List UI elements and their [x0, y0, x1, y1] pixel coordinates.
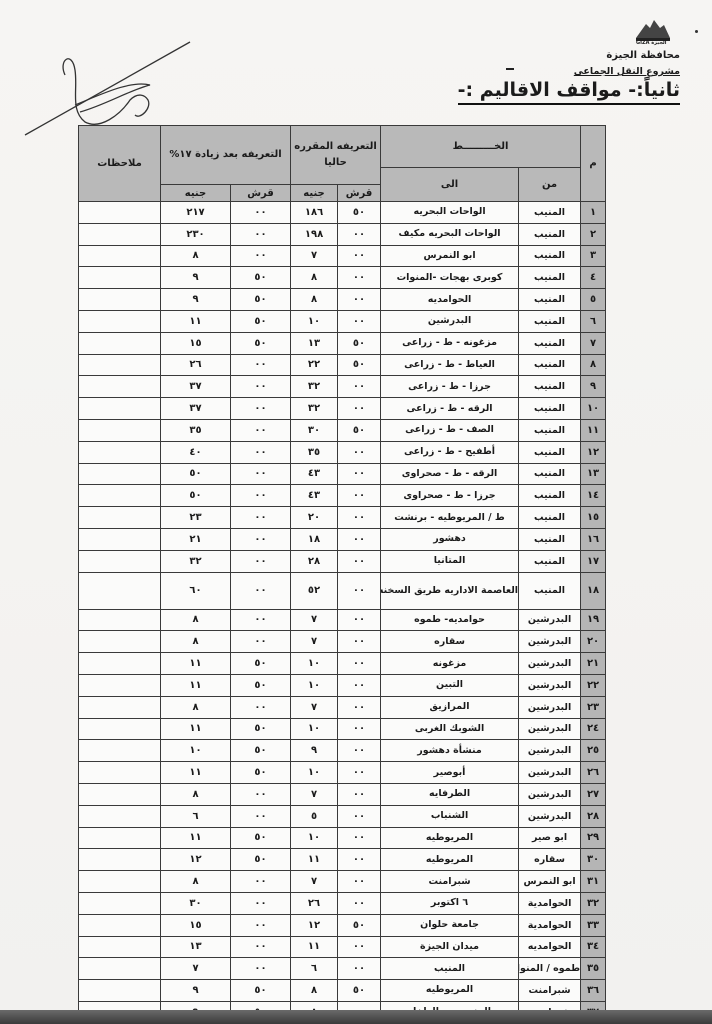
col-current-fare-header: التعريفه المقرره حاليا — [291, 126, 381, 185]
row-current-piasters: ٠٠ — [338, 528, 381, 550]
row-current-piasters: ٠٠ — [338, 463, 381, 485]
row-to: الرقه - ط - زراعى — [381, 398, 519, 420]
row-to: جامعة حلوان — [381, 914, 519, 936]
row-new-piasters: ٠٠ — [231, 805, 291, 827]
row-notes — [79, 528, 161, 550]
row-new-pounds: ٢٣٠ — [161, 223, 231, 245]
row-to: كوبرى بهجات -المنوات — [381, 267, 519, 289]
row-new-pounds: ٢١ — [161, 528, 231, 550]
row-current-piasters: ٠٠ — [338, 441, 381, 463]
row-new-piasters: ٠٠ — [231, 223, 291, 245]
row-current-piasters: ٠٠ — [338, 936, 381, 958]
row-new-piasters: ٠٠ — [231, 958, 291, 980]
row-to: المنيب — [381, 958, 519, 980]
row-new-pounds: ٨ — [161, 631, 231, 653]
row-index: ٣ — [581, 245, 606, 267]
table-row: ٣١ابو النمرسشبرامنت٠٠٧٠٠٨ — [79, 871, 606, 893]
row-new-pounds: ٨ — [161, 245, 231, 267]
row-from: الحوامديه — [519, 936, 581, 958]
row-notes — [79, 718, 161, 740]
row-new-piasters: ٥٠ — [231, 762, 291, 784]
row-index: ٣٣ — [581, 914, 606, 936]
row-new-pounds: ٢٣ — [161, 507, 231, 529]
row-current-pounds: ٣٥ — [291, 441, 338, 463]
row-new-piasters: ٠٠ — [231, 914, 291, 936]
row-from: المنيب — [519, 550, 581, 572]
row-current-piasters: ٠٠ — [338, 871, 381, 893]
row-new-pounds: ١٢ — [161, 849, 231, 871]
row-to: الحوامديه — [381, 289, 519, 311]
row-notes — [79, 653, 161, 675]
row-current-piasters: ٠٠ — [338, 376, 381, 398]
row-from: البدرشين — [519, 762, 581, 784]
row-current-piasters: ٠٠ — [338, 740, 381, 762]
table-row: ٣٦شبرامنتالمريوطيه٥٠٨٥٠٩ — [79, 980, 606, 1002]
table-row: ١٣المنيبالرقه - ط - صحراوى٠٠٤٣٠٠٥٠ — [79, 463, 606, 485]
row-from: المنيب — [519, 419, 581, 441]
row-index: ٨ — [581, 354, 606, 376]
row-index: ١١ — [581, 419, 606, 441]
row-to: المرازيق — [381, 696, 519, 718]
row-index: ١٠ — [581, 398, 606, 420]
row-to: مزغونه — [381, 653, 519, 675]
row-from: البدرشين — [519, 653, 581, 675]
row-new-piasters: ٥٠ — [231, 289, 291, 311]
row-to: العياط - ط - زراعى — [381, 354, 519, 376]
row-from: المنيب — [519, 507, 581, 529]
row-new-piasters: ٠٠ — [231, 485, 291, 507]
row-notes — [79, 572, 161, 609]
table-row: ١٢المنيبأطفيح - ط - زراعى٠٠٣٥٠٠٤٠ — [79, 441, 606, 463]
row-from: البدرشين — [519, 696, 581, 718]
row-current-pounds: ١٠ — [291, 674, 338, 696]
row-notes — [79, 958, 161, 980]
col-current-pounds-header: جنيه — [291, 185, 338, 202]
row-current-pounds: ١٨٦ — [291, 202, 338, 224]
table-row: ١٤المنيبجرزا - ط - صحراوى٠٠٤٣٠٠٥٠ — [79, 485, 606, 507]
row-index: ٥ — [581, 289, 606, 311]
row-from: البدرشين — [519, 609, 581, 631]
row-new-piasters: ٠٠ — [231, 202, 291, 224]
row-index: ٩ — [581, 376, 606, 398]
row-new-pounds: ٨ — [161, 696, 231, 718]
row-notes — [79, 202, 161, 224]
row-new-piasters: ٠٠ — [231, 507, 291, 529]
row-notes — [79, 871, 161, 893]
row-to: الواحات البحريه مكيف — [381, 223, 519, 245]
row-notes — [79, 783, 161, 805]
row-to: الشنباب — [381, 805, 519, 827]
row-notes — [79, 398, 161, 420]
row-to: جرزا - ط - زراعى — [381, 376, 519, 398]
row-index: ٢٥ — [581, 740, 606, 762]
row-new-pounds: ١١ — [161, 653, 231, 675]
row-current-piasters: ٠٠ — [338, 653, 381, 675]
row-current-piasters: ٥٠ — [338, 332, 381, 354]
row-from: المنيب — [519, 223, 581, 245]
col-from-header: من — [519, 168, 581, 202]
table-row: ٣٠سقارهالمريوطيه٠٠١١٥٠١٢ — [79, 849, 606, 871]
row-current-pounds: ٥ — [291, 805, 338, 827]
table-row: ٢٥البدرشينمنشأة دهشور٠٠٩٥٠١٠ — [79, 740, 606, 762]
row-current-piasters: ٠٠ — [338, 609, 381, 631]
row-index: ٣٥ — [581, 958, 606, 980]
row-new-pounds: ٩ — [161, 267, 231, 289]
row-index: ٢٨ — [581, 805, 606, 827]
row-current-pounds: ١١ — [291, 849, 338, 871]
col-new-piasters-header: قرش — [231, 185, 291, 202]
row-index: ١٨ — [581, 572, 606, 609]
row-from: المنيب — [519, 289, 581, 311]
row-current-piasters: ٠٠ — [338, 805, 381, 827]
table-row: ٢٤البدرشينالشوبك الغربى٠٠١٠٥٠١١ — [79, 718, 606, 740]
row-from: البدرشين — [519, 805, 581, 827]
row-index: ٢٢ — [581, 674, 606, 696]
table-row: ١٥المنيبط / المريوطيه - برنشت٠٠٢٠٠٠٢٣ — [79, 507, 606, 529]
row-current-pounds: ٢٢ — [291, 354, 338, 376]
row-notes — [79, 740, 161, 762]
col-index-header: م — [581, 126, 606, 202]
row-current-piasters: ٠٠ — [338, 398, 381, 420]
table-row: ١١المنيبالصف - ط - زراعى٥٠٣٠٠٠٣٥ — [79, 419, 606, 441]
row-new-piasters: ٠٠ — [231, 419, 291, 441]
row-current-pounds: ٤٣ — [291, 463, 338, 485]
row-current-pounds: ٧ — [291, 783, 338, 805]
row-new-piasters: ٥٠ — [231, 310, 291, 332]
row-to: شبرامنت — [381, 871, 519, 893]
row-notes — [79, 849, 161, 871]
row-new-pounds: ٣٢ — [161, 550, 231, 572]
table-row: ٢٠البدرشينسقاره٠٠٧٠٠٨ — [79, 631, 606, 653]
row-new-pounds: ١٠ — [161, 740, 231, 762]
row-from: المنيب — [519, 572, 581, 609]
row-current-pounds: ٨ — [291, 980, 338, 1002]
row-new-pounds: ٩ — [161, 980, 231, 1002]
row-notes — [79, 936, 161, 958]
row-new-piasters: ٠٠ — [231, 376, 291, 398]
row-current-pounds: ٢٠ — [291, 507, 338, 529]
row-index: ٤ — [581, 267, 606, 289]
table-row: ١٧المنيبالمتانيا٠٠٢٨٠٠٣٢ — [79, 550, 606, 572]
row-new-pounds: ٦٠ — [161, 572, 231, 609]
row-new-piasters: ٠٠ — [231, 783, 291, 805]
row-current-pounds: ٧ — [291, 871, 338, 893]
row-new-pounds: ٢١٧ — [161, 202, 231, 224]
row-notes — [79, 892, 161, 914]
row-notes — [79, 441, 161, 463]
row-new-piasters: ٠٠ — [231, 398, 291, 420]
row-current-piasters: ٠٠ — [338, 550, 381, 572]
row-notes — [79, 674, 161, 696]
table-row: ١٦المنيبدهشور٠٠١٨٠٠٢١ — [79, 528, 606, 550]
row-to: الطرفايه — [381, 783, 519, 805]
row-from: البدرشين — [519, 631, 581, 653]
table-row: ٢١البدرشينمزغونه٠٠١٠٥٠١١ — [79, 653, 606, 675]
row-current-piasters: ٠٠ — [338, 696, 381, 718]
row-index: ٢ — [581, 223, 606, 245]
row-from: المنيب — [519, 202, 581, 224]
row-current-piasters: ٠٠ — [338, 245, 381, 267]
col-line-header: الخـــــــــط — [381, 126, 581, 168]
row-to: المتانيا — [381, 550, 519, 572]
table-row: ٣٥طموه / المنواتالمنيب٠٠٦٠٠٧ — [79, 958, 606, 980]
table-row: ١٨المنيبالعاصمة الاداريه طريق السخنه٠٠٥٢… — [79, 572, 606, 609]
row-index: ٣٢ — [581, 892, 606, 914]
row-new-pounds: ٣٥ — [161, 419, 231, 441]
row-index: ١٢ — [581, 441, 606, 463]
row-from: المنيب — [519, 441, 581, 463]
table-row: ٢٢البدرشينالتبين٠٠١٠٥٠١١ — [79, 674, 606, 696]
row-index: ١٧ — [581, 550, 606, 572]
row-from: شبرامنت — [519, 980, 581, 1002]
row-new-pounds: ١٣ — [161, 936, 231, 958]
row-to: جرزا - ط - صحراوى — [381, 485, 519, 507]
row-from: البدرشين — [519, 783, 581, 805]
table-row: ٢٩ابو صيرالمريوطيه٠٠١٠٥٠١١ — [79, 827, 606, 849]
row-current-pounds: ٧ — [291, 631, 338, 653]
row-current-pounds: ٨ — [291, 289, 338, 311]
row-new-pounds: ١١ — [161, 718, 231, 740]
signature-icon — [20, 30, 200, 140]
row-current-piasters: ٥٠ — [338, 419, 381, 441]
row-to: التبين — [381, 674, 519, 696]
row-from: سقاره — [519, 849, 581, 871]
row-new-piasters: ٠٠ — [231, 892, 291, 914]
fares-table-body: ١المنيبالواحات البحريه٥٠١٨٦٠٠٢١٧٢المنيبا… — [79, 202, 606, 1024]
row-current-pounds: ٣٢ — [291, 398, 338, 420]
row-from: الحوامدية — [519, 914, 581, 936]
row-new-piasters: ٠٠ — [231, 572, 291, 609]
row-index: ١٤ — [581, 485, 606, 507]
row-new-pounds: ٣٠ — [161, 892, 231, 914]
table-row: ٦المنيبالبدرشين٠٠١٠٥٠١١ — [79, 310, 606, 332]
row-current-piasters: ٠٠ — [338, 507, 381, 529]
row-from: المنيب — [519, 354, 581, 376]
governorate-name: محافظة الجيزة — [606, 50, 680, 61]
row-notes — [79, 289, 161, 311]
row-new-pounds: ٨ — [161, 783, 231, 805]
row-notes — [79, 762, 161, 784]
row-new-pounds: ٨ — [161, 609, 231, 631]
row-new-pounds: ٦ — [161, 805, 231, 827]
table-row: ٣٣الحوامديةجامعة حلوان٥٠١٢٠٠١٥ — [79, 914, 606, 936]
row-new-piasters: ٥٠ — [231, 740, 291, 762]
row-new-pounds: ١١ — [161, 674, 231, 696]
row-index: ١٦ — [581, 528, 606, 550]
row-new-pounds: ٧ — [161, 958, 231, 980]
table-row: ٨المنيبالعياط - ط - زراعى٥٠٢٢٠٠٢٦ — [79, 354, 606, 376]
row-current-pounds: ٥٢ — [291, 572, 338, 609]
col-new-fare-header: التعريفه بعد زيادة ١٧% — [161, 126, 291, 185]
row-to: أبوصير — [381, 762, 519, 784]
fares-table: م الخـــــــــط التعريفه المقرره حاليا ا… — [78, 125, 606, 1024]
row-current-pounds: ١١ — [291, 936, 338, 958]
row-new-pounds: ٩ — [161, 289, 231, 311]
table-row: ٣المنيبابو النمرس٠٠٧٠٠٨ — [79, 245, 606, 267]
row-new-piasters: ٠٠ — [231, 463, 291, 485]
row-current-piasters: ٠٠ — [338, 783, 381, 805]
row-to: مزغونه - ط - زراعى — [381, 332, 519, 354]
table-row: ١٩البدرشينحوامديه- طموه٠٠٧٠٠٨ — [79, 609, 606, 631]
row-new-pounds: ١٥ — [161, 332, 231, 354]
row-to: ٦ اكتوبر — [381, 892, 519, 914]
row-current-pounds: ٣٢ — [291, 376, 338, 398]
row-current-pounds: ٧ — [291, 696, 338, 718]
row-index: ١٩ — [581, 609, 606, 631]
row-index: ٣٦ — [581, 980, 606, 1002]
row-to: ابو النمرس — [381, 245, 519, 267]
row-to: ميدان الجيزة — [381, 936, 519, 958]
table-row: ٣٢الحوامدية٦ اكتوبر٠٠٢٦٠٠٣٠ — [79, 892, 606, 914]
row-new-piasters: ٥٠ — [231, 653, 291, 675]
row-new-pounds: ٥٠ — [161, 485, 231, 507]
row-index: ٢٠ — [581, 631, 606, 653]
row-new-pounds: ٣٧ — [161, 398, 231, 420]
table-row: ١٠المنيبالرقه - ط - زراعى٠٠٣٢٠٠٣٧ — [79, 398, 606, 420]
row-current-piasters: ٠٠ — [338, 958, 381, 980]
row-from: المنيب — [519, 332, 581, 354]
row-from: المنيب — [519, 528, 581, 550]
row-current-piasters: ٠٠ — [338, 572, 381, 609]
row-notes — [79, 376, 161, 398]
row-notes — [79, 609, 161, 631]
row-current-piasters: ٠٠ — [338, 892, 381, 914]
row-current-pounds: ١٩٨ — [291, 223, 338, 245]
row-new-pounds: ٨ — [161, 871, 231, 893]
row-to: العاصمة الاداريه طريق السخنه — [381, 572, 519, 609]
project-name: مشروع النقل الجماعى — [574, 66, 680, 77]
row-to: البدرشين — [381, 310, 519, 332]
row-from: المنيب — [519, 463, 581, 485]
row-current-pounds: ٢٦ — [291, 892, 338, 914]
table-row: ٧المنيبمزغونه - ط - زراعى٥٠١٣٥٠١٥ — [79, 332, 606, 354]
row-from: المنيب — [519, 376, 581, 398]
row-current-pounds: ١٠ — [291, 718, 338, 740]
row-index: ٧ — [581, 332, 606, 354]
row-index: ٣١ — [581, 871, 606, 893]
row-from: المنيب — [519, 310, 581, 332]
row-to: المريوطيه — [381, 827, 519, 849]
row-index: ٢٤ — [581, 718, 606, 740]
row-current-pounds: ١٠ — [291, 310, 338, 332]
row-new-piasters: ٠٠ — [231, 245, 291, 267]
table-row: ٤المنيبكوبرى بهجات -المنوات٠٠٨٥٠٩ — [79, 267, 606, 289]
table-row: ٥المنيبالحوامديه٠٠٨٥٠٩ — [79, 289, 606, 311]
row-current-piasters: ٠٠ — [338, 674, 381, 696]
row-index: ٢٣ — [581, 696, 606, 718]
row-index: ١٣ — [581, 463, 606, 485]
row-new-piasters: ٥٠ — [231, 332, 291, 354]
col-to-header: الى — [381, 168, 519, 202]
row-new-pounds: ٤٠ — [161, 441, 231, 463]
row-index: ٢٦ — [581, 762, 606, 784]
row-new-pounds: ٣٧ — [161, 376, 231, 398]
row-from: ابو النمرس — [519, 871, 581, 893]
row-index: ٦ — [581, 310, 606, 332]
row-notes — [79, 310, 161, 332]
row-to: ط / المريوطيه - برنشت — [381, 507, 519, 529]
row-current-pounds: ٧ — [291, 245, 338, 267]
row-new-piasters: ٥٠ — [231, 267, 291, 289]
dash-mark — [506, 68, 514, 70]
row-current-piasters: ٠٠ — [338, 223, 381, 245]
row-notes — [79, 267, 161, 289]
row-current-piasters: ٥٠ — [338, 980, 381, 1002]
row-current-piasters: ٥٠ — [338, 202, 381, 224]
table-row: ٢المنيبالواحات البحريه مكيف٠٠١٩٨٠٠٢٣٠ — [79, 223, 606, 245]
row-current-piasters: ٥٠ — [338, 354, 381, 376]
row-to: المريوطيه — [381, 980, 519, 1002]
row-from: المنيب — [519, 398, 581, 420]
row-from: البدرشين — [519, 740, 581, 762]
document-page: الجيزة GIZA محافظة الجيزة مشروع النقل ال… — [0, 0, 712, 1024]
row-current-pounds: ١٣ — [291, 332, 338, 354]
row-index: ١٥ — [581, 507, 606, 529]
row-new-piasters: ٠٠ — [231, 528, 291, 550]
row-current-pounds: ٩ — [291, 740, 338, 762]
row-current-pounds: ٤٣ — [291, 485, 338, 507]
row-new-pounds: ٢٦ — [161, 354, 231, 376]
table-row: ١المنيبالواحات البحريه٥٠١٨٦٠٠٢١٧ — [79, 202, 606, 224]
row-from: البدرشين — [519, 718, 581, 740]
row-new-piasters: ٥٠ — [231, 980, 291, 1002]
row-notes — [79, 507, 161, 529]
row-new-piasters: ٥٠ — [231, 849, 291, 871]
scan-dot — [695, 30, 698, 33]
row-new-pounds: ١١ — [161, 310, 231, 332]
row-current-piasters: ٠٠ — [338, 267, 381, 289]
row-index: ٢١ — [581, 653, 606, 675]
row-index: ٢٩ — [581, 827, 606, 849]
row-current-pounds: ٦ — [291, 958, 338, 980]
row-notes — [79, 463, 161, 485]
row-new-pounds: ٥٠ — [161, 463, 231, 485]
row-notes — [79, 485, 161, 507]
row-new-pounds: ١١ — [161, 762, 231, 784]
row-current-piasters: ٠٠ — [338, 849, 381, 871]
row-notes — [79, 354, 161, 376]
row-current-piasters: ٠٠ — [338, 310, 381, 332]
row-from: المنيب — [519, 245, 581, 267]
table-row: ٩المنيبجرزا - ط - زراعى٠٠٣٢٠٠٣٧ — [79, 376, 606, 398]
row-current-pounds: ١٠ — [291, 653, 338, 675]
row-to: دهشور — [381, 528, 519, 550]
row-current-piasters: ٠٠ — [338, 485, 381, 507]
row-new-piasters: ٥٠ — [231, 718, 291, 740]
row-notes — [79, 419, 161, 441]
row-new-piasters: ٥٠ — [231, 674, 291, 696]
row-new-pounds: ١٥ — [161, 914, 231, 936]
table-row: ٢٨البدرشينالشنباب٠٠٥٠٠٦ — [79, 805, 606, 827]
row-current-pounds: ١٠ — [291, 762, 338, 784]
row-new-piasters: ٠٠ — [231, 609, 291, 631]
row-current-piasters: ٠٠ — [338, 631, 381, 653]
row-from: المنيب — [519, 267, 581, 289]
row-from: الحوامدية — [519, 892, 581, 914]
row-new-piasters: ٠٠ — [231, 871, 291, 893]
row-current-pounds: ٢٨ — [291, 550, 338, 572]
row-index: ٣٠ — [581, 849, 606, 871]
row-notes — [79, 332, 161, 354]
row-to: المريوطيه — [381, 849, 519, 871]
row-new-piasters: ٠٠ — [231, 631, 291, 653]
row-new-pounds: ١١ — [161, 827, 231, 849]
row-current-piasters: ٠٠ — [338, 827, 381, 849]
row-current-pounds: ١٨ — [291, 528, 338, 550]
row-index: ٢٧ — [581, 783, 606, 805]
row-to: الرقه - ط - صحراوى — [381, 463, 519, 485]
table-row: ٣٤الحوامديهميدان الجيزة٠٠١١٠٠١٣ — [79, 936, 606, 958]
